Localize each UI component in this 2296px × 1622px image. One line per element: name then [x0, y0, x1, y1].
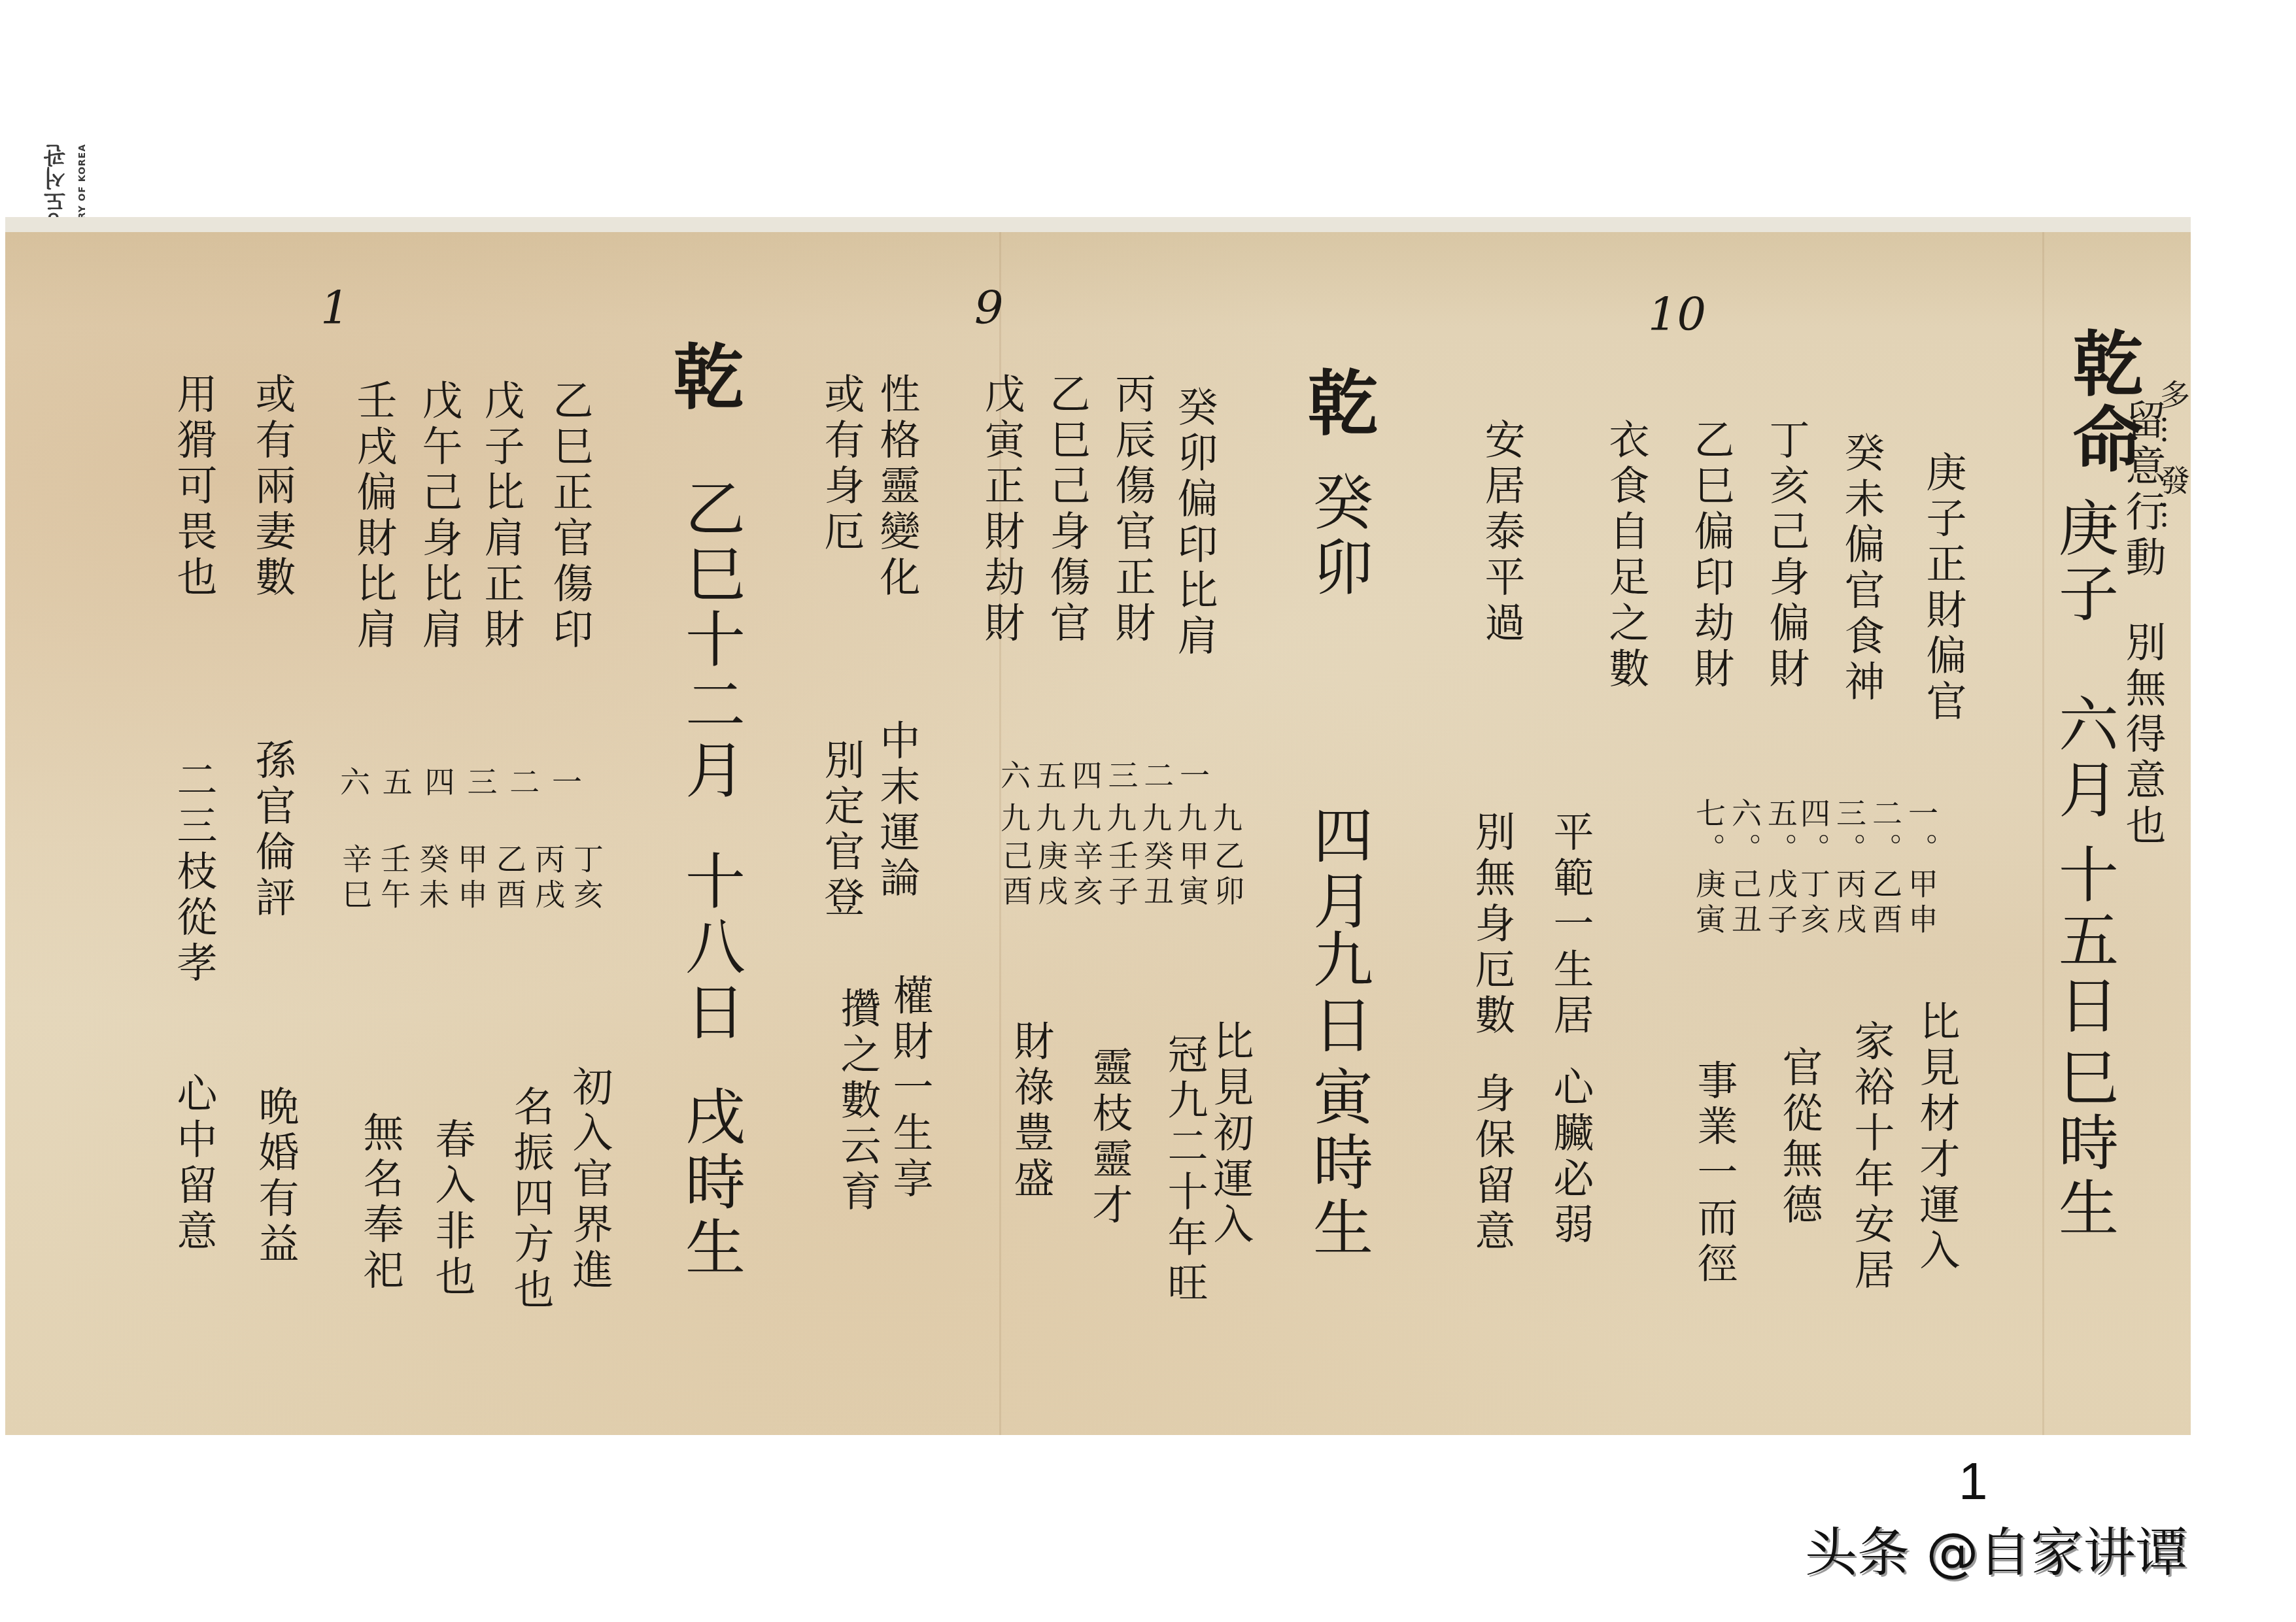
source-watermark: 头条 @自家讲谭 [1805, 1510, 2187, 1585]
folio-mark: 10 [1648, 288, 1706, 341]
birth-hour: 戌時生 [680, 1085, 740, 1281]
prediction: 名振四方也 [510, 1085, 551, 1314]
phrase: 心臟必弱 [1550, 1066, 1590, 1249]
pillar-day: 乙巳己身傷官 [1046, 373, 1087, 647]
prediction: 春入非也 [432, 1118, 472, 1301]
luck-age: 九 [1212, 794, 1242, 837]
luck-age: 九 [1071, 794, 1101, 837]
luck-cycle: 一。甲申 [1906, 798, 1936, 939]
pillar-day: 丁亥己身偏財 [1766, 418, 1806, 693]
birth-year: 癸卯 [1308, 471, 1368, 601]
folio-mark: 9 [974, 281, 1004, 335]
luck-pillar: 甲寅 [1177, 840, 1207, 911]
pillar-month: 丙辰傷官正財 [1112, 373, 1152, 647]
note-column: 別無得意也 [2122, 621, 2163, 850]
luck-pillar: 乙酉 [494, 843, 524, 914]
prediction: 冠九二十年旺 [1164, 1033, 1205, 1308]
phrase: 或有身厄 [821, 373, 861, 556]
luck-index: 四 [425, 758, 455, 802]
luck-pillar: 辛巳 [340, 843, 370, 914]
prediction: 財祿豊盛 [1010, 1020, 1051, 1203]
birth-month: 十二月 [680, 608, 740, 804]
luck-index: 五 [1037, 752, 1067, 795]
luck-age: 九 [1036, 794, 1066, 837]
luck-pillar: 庚戌 [1036, 840, 1066, 911]
birth-day: 十八日 [680, 850, 740, 1046]
luck-pillar: 己酉 [1001, 840, 1031, 911]
luck-cycle: 六。己丑 [1730, 798, 1760, 939]
luck-pillar: 甲申 [456, 843, 486, 914]
luck-cycle: 四。丁亥 [1798, 798, 1828, 939]
birth-month: 四月 [1308, 804, 1368, 935]
note-column: 留意行動 [2122, 399, 2163, 582]
pillar-day: 戊午己身比肩 [419, 379, 459, 654]
birth-day: 九日 [1308, 928, 1368, 1059]
prediction: 比見材才運入 [1916, 1000, 1957, 1275]
luck-cycle: 七。庚寅 [1694, 798, 1724, 939]
prediction: 權財一生享 [889, 974, 930, 1203]
phrase: 或有兩妻數 [252, 373, 292, 601]
birth-hour: 巳時生 [2053, 1046, 2114, 1242]
prediction: 靈枝靈才 [1089, 1046, 1129, 1229]
luck-pillar: 癸丑 [1142, 840, 1172, 911]
phrase: 安居泰平過 [1481, 418, 1522, 647]
luck-cycle: 五。戊子 [1766, 798, 1796, 939]
birth-month: 六月 [2053, 693, 2114, 824]
pillar-hour: 乙巳偏印劫財 [1690, 418, 1731, 693]
phrase: 平範一生居 [1550, 811, 1590, 1039]
chart-header: 乾 [1301, 366, 1372, 442]
phrase: 衣食自足之數 [1605, 418, 1646, 693]
folio-mark: 1 [320, 281, 350, 335]
luck-index: 二 [509, 758, 540, 802]
luck-age: 九 [1142, 794, 1172, 837]
phrase: 別無身厄數 [1471, 811, 1512, 1039]
phrase: 孫官倫評 [252, 739, 292, 922]
luck-age: 九 [1177, 794, 1207, 837]
pillar-year: 庚子正財偏官 [1923, 451, 1963, 726]
birth-day: 十五日 [2053, 843, 2114, 1039]
phrase: 性格靈變化 [876, 373, 917, 601]
phrase: 二三枝從孝 [173, 758, 214, 987]
prediction: 官從無德 [1779, 1046, 1819, 1229]
paper-fold [2042, 232, 2044, 1435]
luck-index: 四 [1072, 752, 1103, 795]
luck-index: 六 [1001, 752, 1031, 795]
luck-pillar: 癸未 [417, 843, 447, 914]
luck-index: 一 [552, 758, 582, 802]
birth-hour: 寅時生 [1308, 1066, 1368, 1262]
pillar-month: 戊子比肩正財 [481, 379, 521, 654]
luck-index: 二 [1144, 752, 1174, 795]
prediction: 初入官界進 [569, 1066, 609, 1294]
luck-cycle: 二。乙酉 [1870, 798, 1900, 939]
prediction: 心中留意 [173, 1072, 214, 1255]
luck-pillar: 辛亥 [1071, 840, 1101, 911]
luck-pillar: 丁亥 [572, 843, 602, 914]
luck-index: 三 [467, 758, 497, 802]
pillar-year: 癸卯偏印比肩 [1174, 386, 1214, 660]
luck-pillar: 壬子 [1106, 840, 1137, 911]
prediction: 家裕十年安居 [1851, 1020, 1891, 1294]
phrase: 中末運論 [876, 719, 917, 902]
luck-pillar: 壬午 [379, 843, 409, 914]
pillar-year: 乙巳正官傷印 [549, 379, 590, 654]
page-number: 1 [1959, 1451, 1988, 1512]
phrase: 身保留意 [1471, 1072, 1512, 1255]
luck-index: 五 [383, 758, 413, 802]
prediction: 事業一而徑 [1694, 1059, 1734, 1288]
luck-age: 九 [1106, 794, 1137, 837]
pillar-month: 癸未偏官食神 [1841, 431, 1881, 706]
luck-pillar: 丙戌 [533, 843, 563, 914]
luck-age: 九 [1001, 794, 1031, 837]
pillar-hour: 戊寅正財劫財 [981, 373, 1021, 647]
pillar-hour: 壬戌偏財比肩 [353, 379, 394, 654]
luck-cycle: 三。丙戌 [1834, 798, 1864, 939]
prediction: 比見初運入 [1210, 1020, 1250, 1249]
chart-header: 乾 [667, 340, 738, 416]
luck-pillar: 乙卯 [1212, 840, 1242, 911]
phrase: 用猾可畏也 [173, 373, 214, 601]
birth-year: 乙巳 [680, 477, 740, 608]
birth-year: 庚子 [2053, 497, 2114, 628]
prediction: 無名奉祀 [360, 1111, 400, 1294]
luck-index: 三 [1108, 752, 1138, 795]
luck-index: 六 [340, 758, 370, 802]
prediction: 晩婚有益 [255, 1085, 296, 1268]
phrase: 別定官登 [821, 739, 861, 922]
luck-index: 一 [1180, 752, 1210, 795]
prediction: 攢之數云育 [837, 987, 878, 1216]
